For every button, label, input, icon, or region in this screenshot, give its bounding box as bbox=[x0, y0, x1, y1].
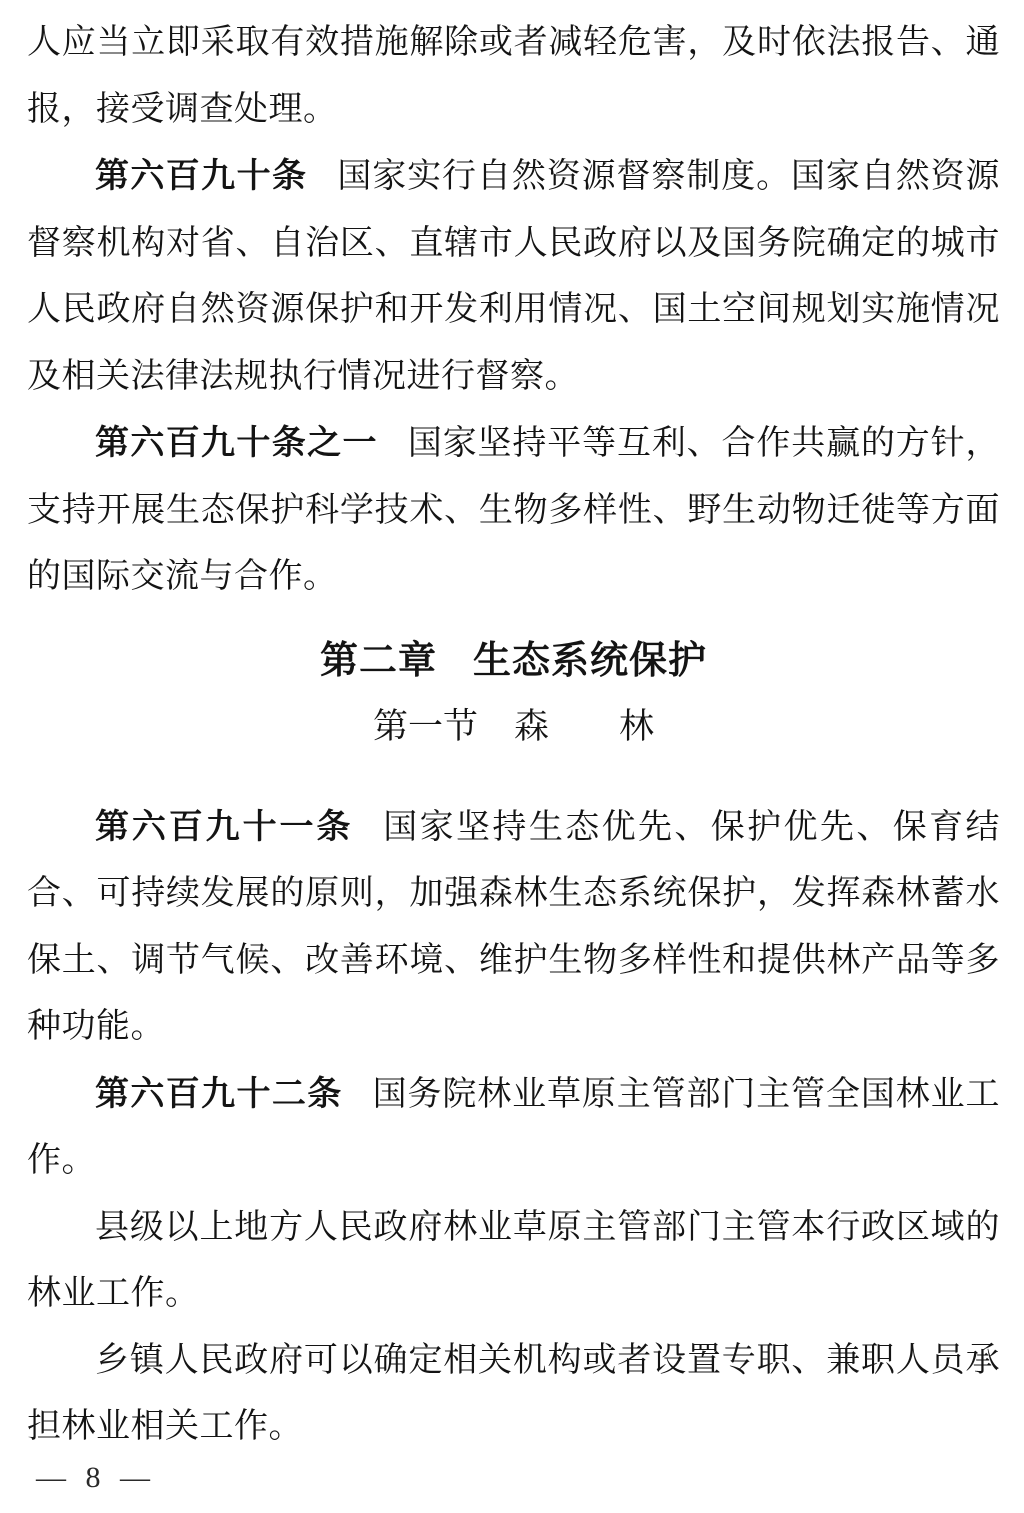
chapter-label: 第二章 bbox=[320, 640, 437, 682]
article-692-paragraph-2: 县级以上地方人民政府林业草原主管部门主管本行政区域的林业工作。 bbox=[27, 1195, 1000, 1328]
article-692-paragraph-3: 乡镇人民政府可以确定相关机构或者设置专职、兼职人员承担林业相关工作。 bbox=[27, 1328, 1000, 1461]
article-690-number: 第六百九十条 bbox=[95, 157, 307, 195]
article-691-paragraph: 第六百九十一条国家坚持生态优先、保护优先、保育结合、可持续发展的原则，加强森林生… bbox=[27, 794, 1000, 1061]
article-692-paragraph-1: 第六百九十二条国务院林业草原主管部门主管全国林业工作。 bbox=[27, 1061, 1000, 1195]
document-page: 人应当立即采取有效措施解除或者减轻危害，及时依法报告、通报，接受调查处理。 第六… bbox=[0, 0, 1024, 1513]
chapter-title: 生态系统保护 bbox=[473, 640, 707, 682]
section-heading: 第一节森 林 bbox=[27, 694, 1000, 761]
article-692-number: 第六百九十二条 bbox=[95, 1075, 343, 1113]
section-label: 第一节 bbox=[373, 707, 478, 746]
article-691-number: 第六百九十一条 bbox=[95, 808, 353, 846]
page-number: — 8 — bbox=[36, 1461, 156, 1495]
paragraph-continuation: 人应当立即采取有效措施解除或者减轻危害，及时依法报告、通报，接受调查处理。 bbox=[27, 10, 1000, 143]
section-title: 森 林 bbox=[514, 707, 654, 746]
article-690-1-paragraph: 第六百九十条之一国家坚持平等互利、合作共赢的方针，支持开展生态保护科学技术、生物… bbox=[27, 410, 1000, 611]
article-690-paragraph: 第六百九十条国家实行自然资源督察制度。国家自然资源督察机构对省、自治区、直辖市人… bbox=[27, 143, 1000, 410]
article-690-1-number: 第六百九十条之一 bbox=[95, 424, 378, 462]
chapter-heading: 第二章生态系统保护 bbox=[27, 628, 1000, 695]
